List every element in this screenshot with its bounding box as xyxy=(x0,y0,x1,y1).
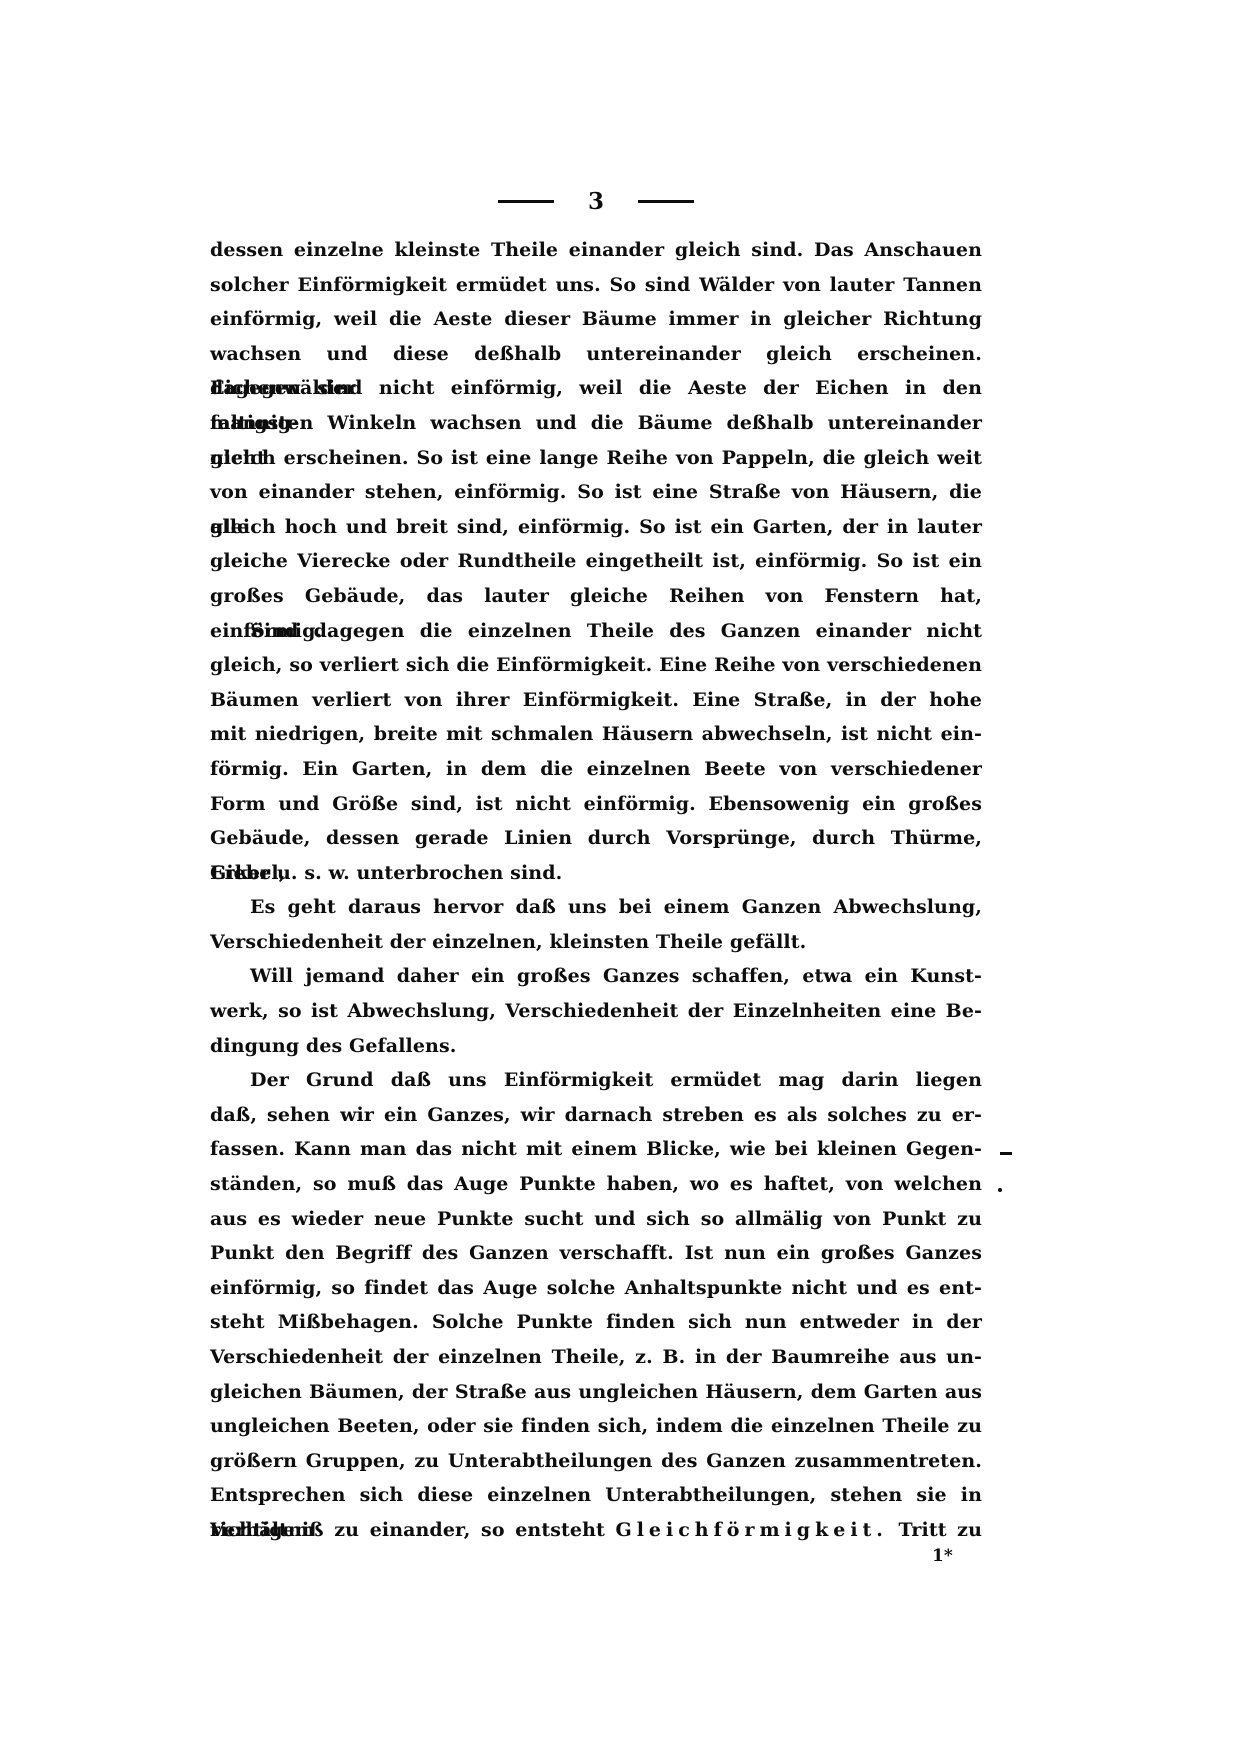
page-header: 3 xyxy=(210,190,982,213)
text-line: dingung des Gefallens. xyxy=(210,1029,982,1064)
text-line: Entsprechen sich diese einzelnen Unterab… xyxy=(210,1478,982,1513)
text-line: Will jemand daher ein großes Ganzes scha… xyxy=(210,959,982,994)
text-line: faltigsten Winkeln wachsen und die Bäume… xyxy=(210,406,982,441)
text-line: ständen, so muß das Auge Punkte haben, w… xyxy=(210,1167,982,1202)
header-rule-right xyxy=(638,200,694,203)
text-line: Form und Größe sind, ist nicht einförmig… xyxy=(210,787,982,822)
text-line: Verhältniß zu einander, so entsteht Glei… xyxy=(210,1513,982,1548)
text-line: steht Mißbehagen. Solche Punkte finden s… xyxy=(210,1305,982,1340)
text-line: Der Grund daß uns Einförmigkeit ermüdet … xyxy=(210,1063,982,1098)
text-segment: Verhältniß zu einander, so entsteht xyxy=(210,1519,615,1541)
text-line: gleiche Vierecke oder Rundtheile eingeth… xyxy=(210,544,982,579)
text-line: von einander stehen, einförmig. So ist e… xyxy=(210,475,982,510)
text-line: dessen einzelne kleinste Theile einander… xyxy=(210,233,982,268)
text-line: gleich erscheinen. So ist eine lange Rei… xyxy=(210,441,982,476)
text-line: gleich, so verliert sich die Einförmigke… xyxy=(210,648,982,683)
text-line: Gebäude, dessen gerade Linien durch Vors… xyxy=(210,821,982,856)
text-line: einförmig, so findet das Auge solche Anh… xyxy=(210,1271,982,1306)
text-segment: Tritt zu xyxy=(888,1519,982,1541)
text-line: Sind dagegen die einzelnen Theile des Ga… xyxy=(210,614,982,649)
text-line: fassen. Kann man das nicht mit einem Bli… xyxy=(210,1132,982,1167)
text-line: mit niedrigen, breite mit schmalen Häuse… xyxy=(210,717,982,752)
text-line: Punkt den Begriff des Ganzen verschafft.… xyxy=(210,1236,982,1271)
text-line: Erker u. s. w. unterbrochen sind. xyxy=(210,856,982,891)
text-line: ungleichen Beeten, oder sie finden sich,… xyxy=(210,1409,982,1444)
scanned-book-page: 3 dessen einzelne kleinste Theile einand… xyxy=(0,0,1241,1754)
text-line: wachsen und diese deßhalb untereinander … xyxy=(210,337,982,372)
text-line: größern Gruppen, zu Unterabtheilungen de… xyxy=(210,1444,982,1479)
text-line: dagegen sind nicht einförmig, weil die A… xyxy=(210,371,982,406)
text-line: Verschiedenheit der einzelnen Theile, z.… xyxy=(210,1340,982,1375)
text-line: daß, sehen wir ein Ganzes, wir darnach s… xyxy=(210,1098,982,1133)
text-block: dessen einzelne kleinste Theile einander… xyxy=(210,233,982,1548)
signature-mark: 1* xyxy=(932,1548,953,1565)
text-line: förmig. Ein Garten, in dem die einzelnen… xyxy=(210,752,982,787)
text-line: großes Gebäude, das lauter gleiche Reihe… xyxy=(210,579,982,614)
text-line: aus es wieder neue Punkte sucht und sich… xyxy=(210,1202,982,1237)
text-line: gleich hoch und breit sind, einförmig. S… xyxy=(210,510,982,545)
margin-artifact-dash xyxy=(1000,1152,1012,1155)
header-rule-left xyxy=(498,200,554,203)
text-line: Bäumen verliert von ihrer Einförmigkeit.… xyxy=(210,683,982,718)
margin-artifact-dot xyxy=(998,1188,1002,1192)
text-line: einförmig, weil die Aeste dieser Bäume i… xyxy=(210,302,982,337)
text-line: Es geht daraus hervor daß uns bei einem … xyxy=(210,890,982,925)
text-line: gleichen Bäumen, der Straße aus ungleich… xyxy=(210,1375,982,1410)
text-line: werk, so ist Abwechslung, Verschiedenhei… xyxy=(210,994,982,1029)
text-line: solcher Einförmigkeit ermüdet uns. So si… xyxy=(210,268,982,303)
page-number: 3 xyxy=(588,190,604,213)
emphasized-letterspaced-word: Gleichförmigkeit. xyxy=(615,1519,887,1541)
text-line: Verschiedenheit der einzelnen, kleinsten… xyxy=(210,925,982,960)
